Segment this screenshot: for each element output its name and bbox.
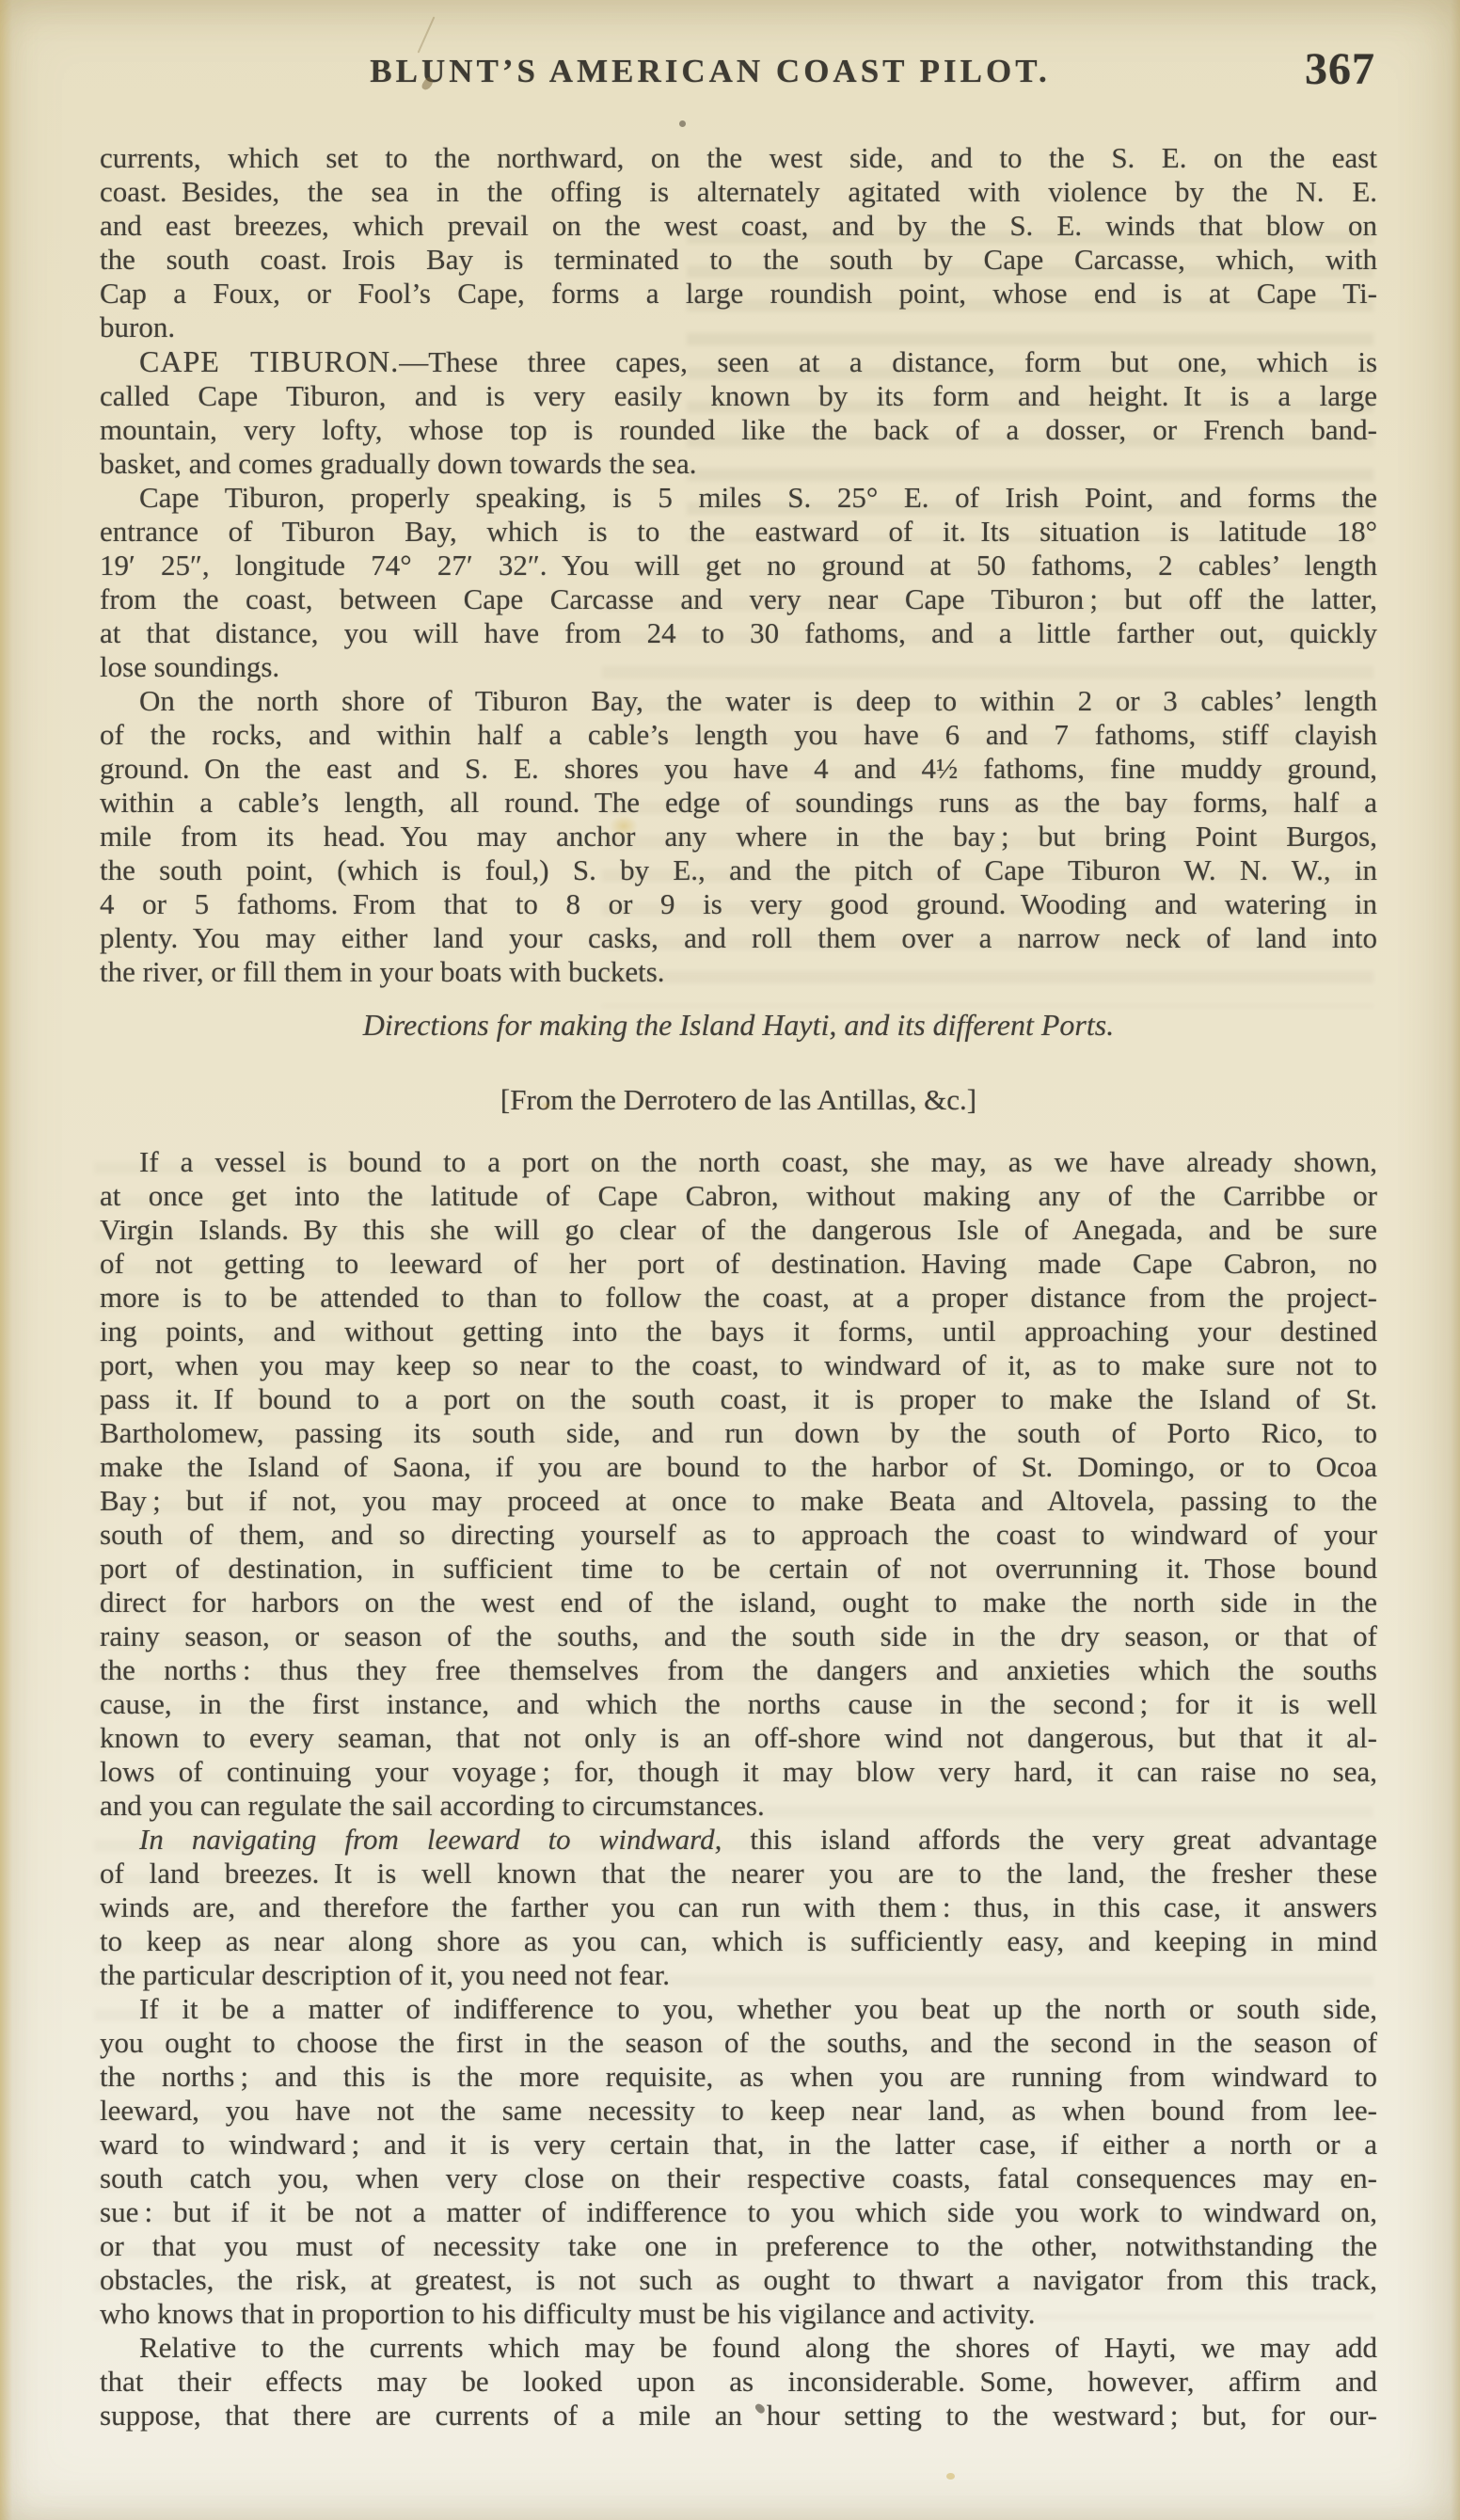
page-left-edge [0, 0, 12, 2520]
text-line: leeward, you have not the same necessity… [100, 2094, 1377, 2128]
text-line: the river, or fill them in your boats wi… [100, 955, 1377, 989]
text-line: south catch you, when very close on thei… [100, 2161, 1377, 2195]
text-line: or that you must of necessity take one i… [100, 2229, 1377, 2263]
text-line: that their effects may be looked upon as… [100, 2365, 1377, 2399]
text-line: Bartholomew, passing its south side, and… [100, 1416, 1377, 1450]
text-line: coast. Besides, the sea in the offing is… [100, 175, 1377, 209]
text-line: ward to windward ; and it is very certai… [100, 2128, 1377, 2161]
text-line: Relative to the currents which may be fo… [100, 2331, 1377, 2365]
text-line: called Cape Tiburon, and is very easily … [100, 379, 1377, 413]
text-line: known to every seaman, that not only is … [100, 1721, 1377, 1755]
text-line: Cape Tiburon, properly speaking, is 5 mi… [100, 481, 1377, 515]
text-line: plenty. You may either land your casks, … [100, 921, 1377, 955]
text-line: 4 or 5 fathoms. From that to 8 or 9 is v… [100, 887, 1377, 921]
paragraph: If a vessel is bound to a port on the no… [100, 1145, 1377, 1823]
text-line: direct for harbors on the west end of th… [100, 1586, 1377, 1619]
text-line: rainy season, or season of the souths, a… [100, 1619, 1377, 1653]
text-line: of the rocks, and within half a cable’s … [100, 718, 1377, 752]
paragraph: CAPE TIBURON.—These three capes, seen at… [100, 344, 1377, 481]
running-head: BLUNT’S AMERICAN COAST PILOT. 367 [100, 53, 1377, 90]
text-line: Cap a Foux, or Fool’s Cape, forms a larg… [100, 277, 1377, 311]
text-line: at that distance, you will have from 24 … [100, 616, 1377, 650]
text-line: suppose, that there are currents of a mi… [100, 2399, 1377, 2432]
text-line: On the north shore of Tiburon Bay, the w… [100, 684, 1377, 718]
text-line: lows of continuing your voyage ; for, th… [100, 1755, 1377, 1789]
paragraph: In navigating from leeward to windward, … [100, 1823, 1377, 1992]
source-attribution: [From the Derrotero de las Antillas, &c.… [100, 1081, 1377, 1119]
text-line: within a cable’s length, all round. The … [100, 786, 1377, 820]
text-line: 19′ 25″, longitude 74° 27′ 32″. You will… [100, 549, 1377, 582]
text-line: make the Island of Saona, if you are bou… [100, 1450, 1377, 1484]
text-line: basket, and comes gradually down towards… [100, 447, 1377, 481]
text-line: sue : but if it be not a matter of indif… [100, 2195, 1377, 2229]
text-line: at once get into the latitude of Cape Ca… [100, 1179, 1377, 1213]
paper-stain [946, 2473, 955, 2480]
text-line: ing points, and without getting into the… [100, 1315, 1377, 1348]
paragraph: Cape Tiburon, properly speaking, is 5 mi… [100, 481, 1377, 684]
text-line: ground. On the east and S. E. shores you… [100, 752, 1377, 786]
paragraph: currents, which set to the northward, on… [100, 141, 1377, 344]
text-line: and east breezes, which prevail on the w… [100, 209, 1377, 243]
text-block: currents, which set to the northward, on… [100, 141, 1377, 2432]
text-line: and you can regulate the sail according … [100, 1789, 1377, 1823]
text-line: If a vessel is bound to a port on the no… [100, 1145, 1377, 1179]
text-line: from the coast, between Cape Carcasse an… [100, 582, 1377, 616]
text-line: port of destination, in sufficient time … [100, 1552, 1377, 1586]
paragraph: If it be a matter of indifference to you… [100, 1992, 1377, 2331]
text-line: who knows that in proportion to his diff… [100, 2297, 1377, 2331]
text-line: port, when you may keep so near to the c… [100, 1348, 1377, 1382]
text-line: entrance of Tiburon Bay, which is to the… [100, 515, 1377, 549]
paper-speck [679, 120, 686, 127]
paragraph-lead-caps: CAPE TIBURON. [139, 344, 399, 378]
text-line: of land breezes. It is well known that t… [100, 1857, 1377, 1890]
text-line: obstacles, the risk, at greatest, is not… [100, 2263, 1377, 2297]
text-line: mile from its head. You may anchor any w… [100, 820, 1377, 853]
page-number: 367 [1305, 43, 1375, 95]
text-line: currents, which set to the northward, on… [100, 141, 1377, 175]
text-line: the norths : thus they free themselves f… [100, 1653, 1377, 1687]
section-heading: Directions for making the Island Hayti, … [100, 1006, 1377, 1044]
paragraph: On the north shore of Tiburon Bay, the w… [100, 684, 1377, 989]
text-line: CAPE TIBURON.—These three capes, seen at… [100, 344, 1377, 379]
text-line: winds are, and therefore the farther you… [100, 1890, 1377, 1924]
text-line: pass it. If bound to a port on the south… [100, 1382, 1377, 1416]
text-line: the norths ; and this is the more requis… [100, 2060, 1377, 2094]
header-title: BLUNT’S AMERICAN COAST PILOT. [100, 53, 1377, 90]
text-line: the south point, (which is foul,) S. by … [100, 853, 1377, 887]
text-line: you ought to choose the first in the sea… [100, 2026, 1377, 2060]
text-line: the south coast. Irois Bay is terminated… [100, 243, 1377, 277]
text-line: In navigating from leeward to windward, … [100, 1823, 1377, 1857]
text-line: to keep as near along shore as you can, … [100, 1924, 1377, 1958]
paragraph-lead-italic: In navigating from leeward to windward, [139, 1823, 722, 1856]
scanned-book-page: { "document": { "colors": { "paper": "#e… [0, 0, 1460, 2520]
text-line: If it be a matter of indifference to you… [100, 1992, 1377, 2026]
paragraph: Relative to the currents which may be fo… [100, 2331, 1377, 2432]
paper-scratch [418, 16, 436, 53]
page-right-edge [1451, 0, 1460, 2520]
text-line: south of them, and so directing yourself… [100, 1518, 1377, 1552]
text-line: buron. [100, 311, 1377, 344]
text-line: Virgin Islands. By this she will go clea… [100, 1213, 1377, 1247]
text-line: of not getting to leeward of her port of… [100, 1247, 1377, 1281]
text-line: mountain, very lofty, whose top is round… [100, 413, 1377, 447]
text-line: lose soundings. [100, 650, 1377, 684]
text-line: Bay ; but if not, you may proceed at onc… [100, 1484, 1377, 1518]
text-line: more is to be attended to than to follow… [100, 1281, 1377, 1315]
text-line: the particular description of it, you ne… [100, 1958, 1377, 1992]
text-line: cause, in the first instance, and which … [100, 1687, 1377, 1721]
